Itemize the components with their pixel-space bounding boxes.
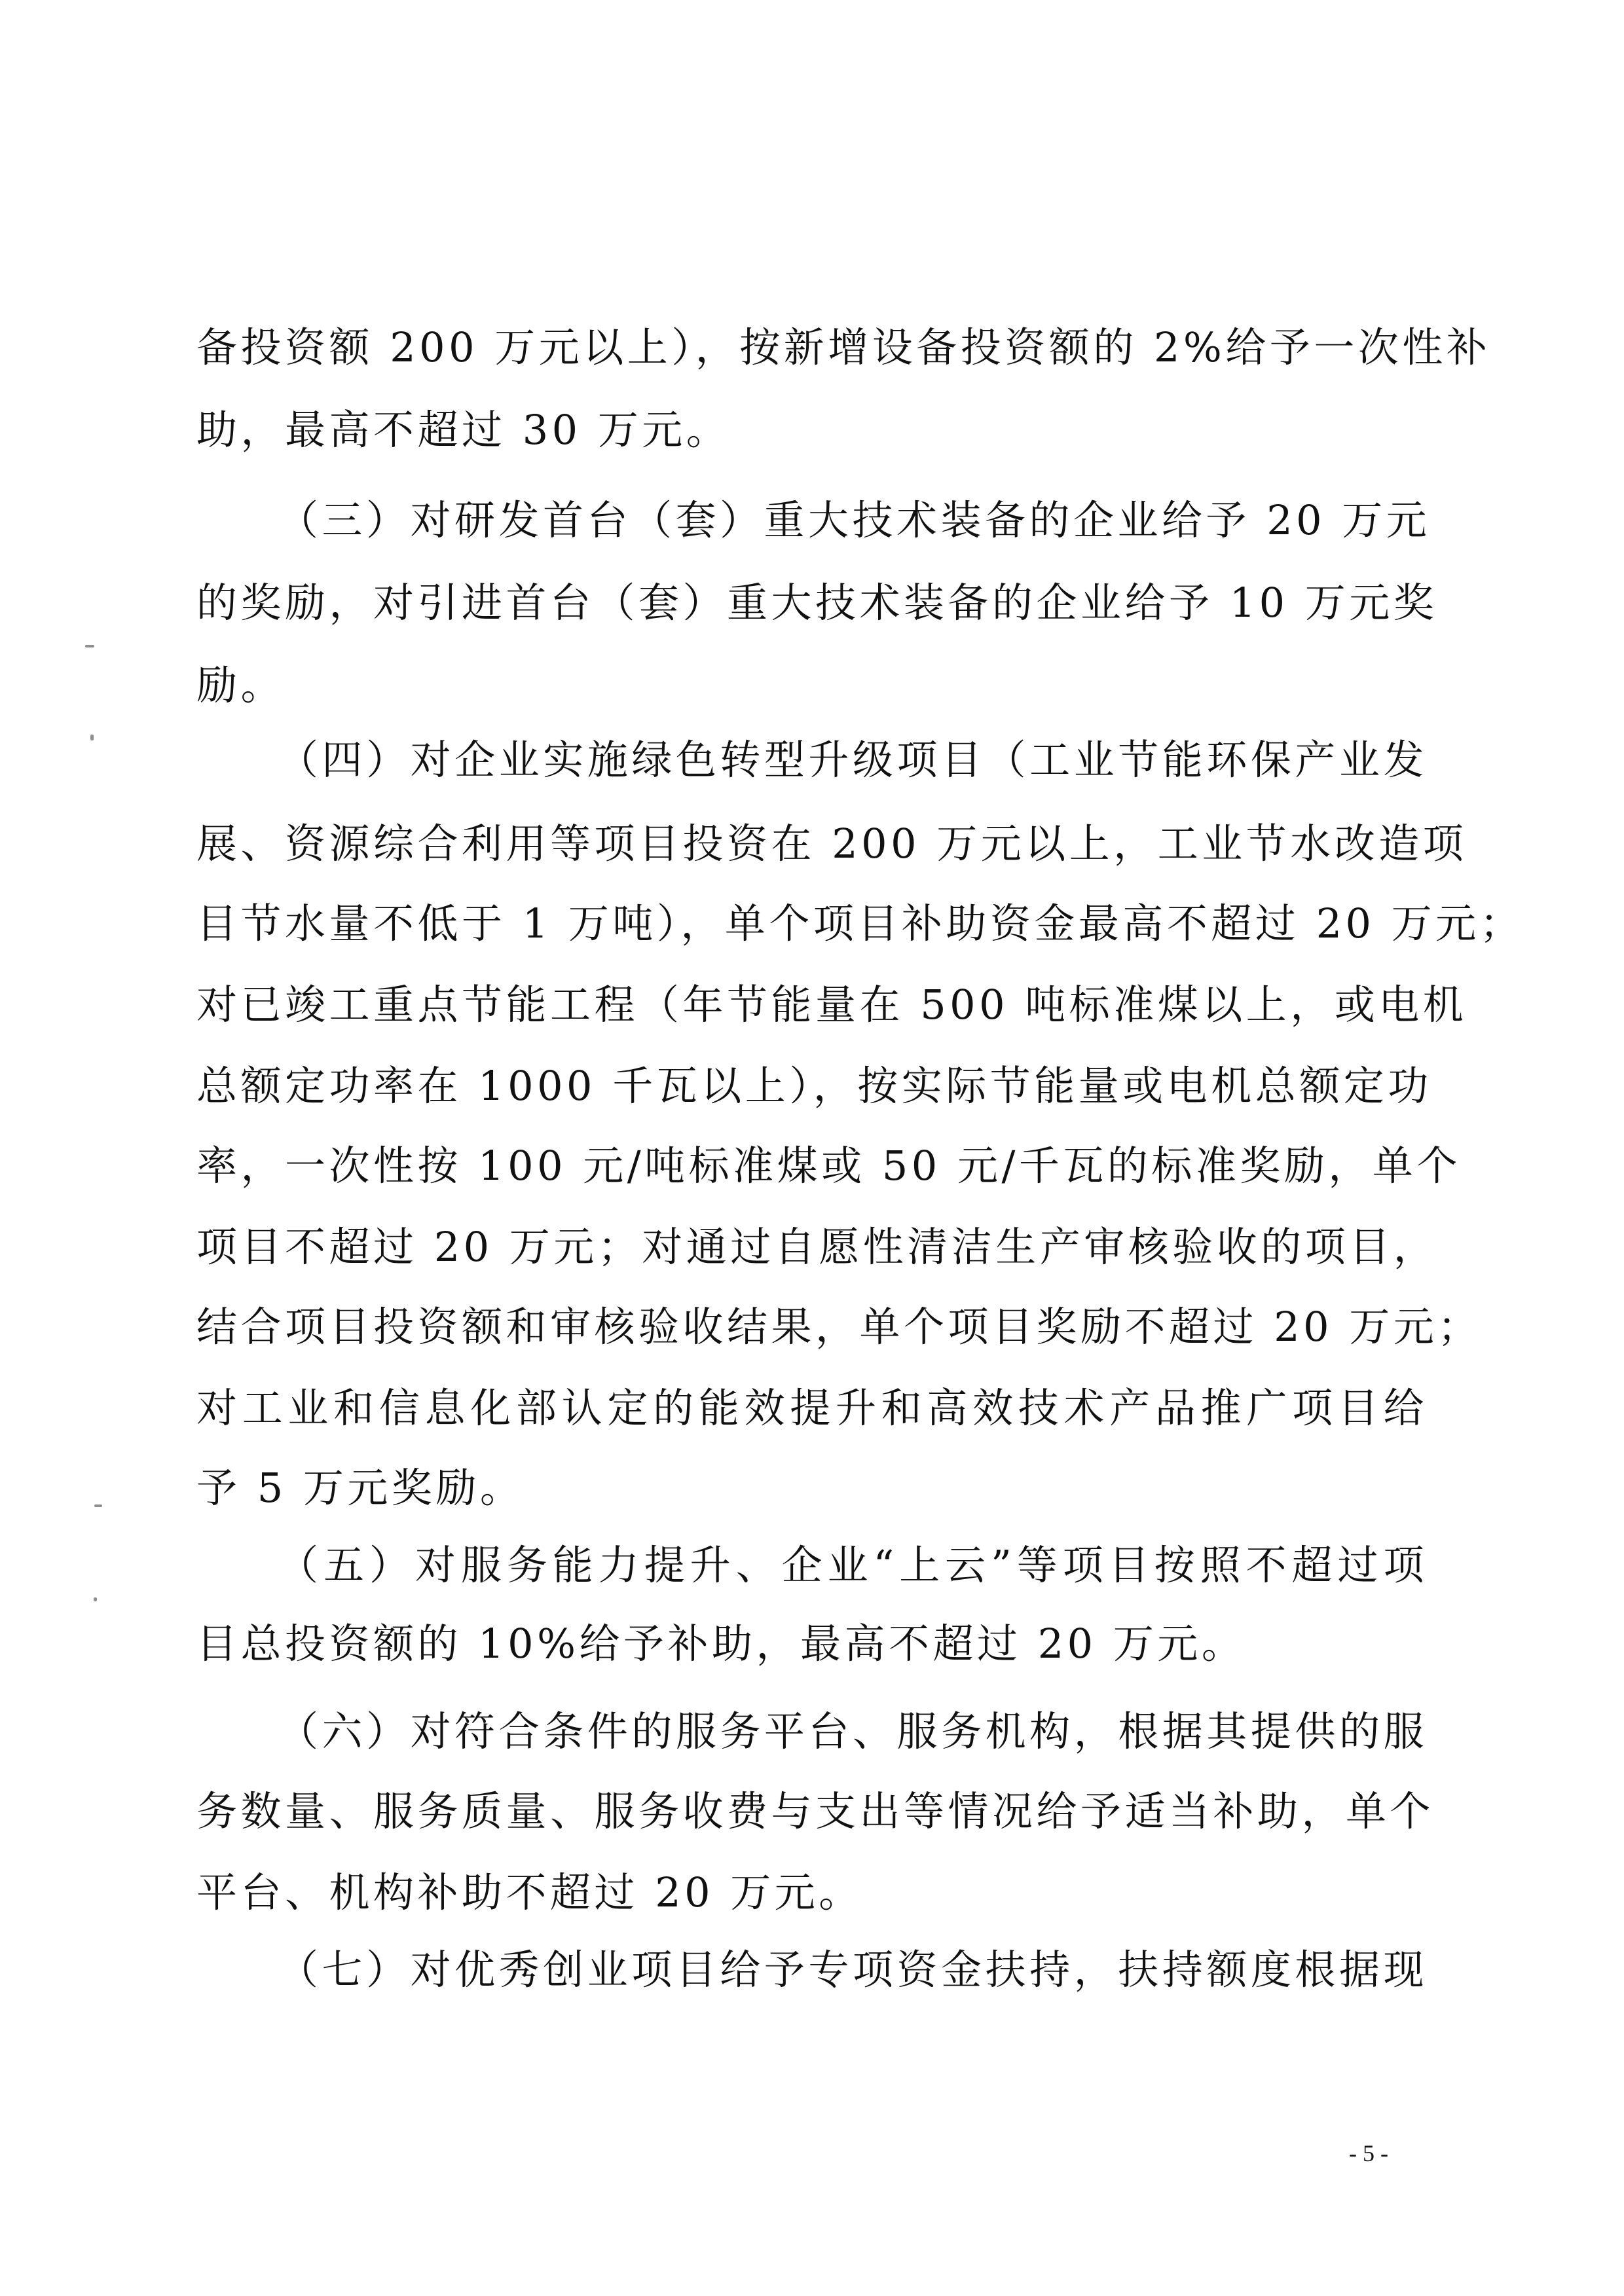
text-line: 助，最高不超过 30 万元。 [196,394,1428,466]
text-line: 的奖励，对引进首台（套）重大技术装备的企业给予 10 万元奖 [196,567,1428,639]
text-line: 对工业和信息化部认定的能效提升和高效技术产品推广项目给 [196,1372,1428,1444]
page-number: - 5 - [1349,2140,1388,2167]
text-line: 予 5 万元奖励。 [196,1452,1428,1524]
text-line: 备投资额 200 万元以上），按新增设备投资额的 2%给予一次性补 [196,312,1428,384]
scan-artifact [90,735,94,740]
paragraph-4-start: （四）对企业实施绿色转型升级项目（工业节能环保产业发 [278,724,1428,796]
text-line: 对已竣工重点节能工程（年节能量在 500 吨标准煤以上，或电机 [196,969,1428,1041]
text-line: 项目不超过 20 万元；对通过自愿性清洁生产审核验收的项目， [196,1211,1428,1283]
scan-artifact [94,1504,102,1507]
paragraph-5-start: （五）对服务能力提升、企业“上云”等项目按照不超过项 [278,1529,1428,1601]
document-page: 备投资额 200 万元以上），按新增设备投资额的 2%给予一次性补 助，最高不超… [0,0,1624,2296]
text-line: 务数量、服务质量、服务收费与支出等情况给予适当补助，单个 [196,1776,1428,1848]
paragraph-3-start: （三）对研发首台（套）重大技术装备的企业给予 20 万元 [278,484,1428,556]
text-line: 总额定功率在 1000 千瓦以上），按实际节能量或电机总额定功 [196,1050,1428,1122]
text-line: 目总投资额的 10%给予补助，最高不超过 20 万元。 [196,1608,1428,1680]
paragraph-7-start: （七）对优秀创业项目给予专项资金扶持，扶持额度根据现 [278,1934,1428,2006]
text-line: 率，一次性按 100 元/吨标准煤或 50 元/千瓦的标准奖励，单个 [196,1130,1428,1202]
text-line: 目节水量不低于 1 万吨），单个项目补助资金最高不超过 20 万元； [196,888,1428,960]
scan-artifact [85,645,94,647]
text-line: 平台、机构补助不超过 20 万元。 [196,1857,1428,1929]
scan-artifact [94,1597,97,1601]
text-line: 展、资源综合利用等项目投资在 200 万元以上，工业节水改造项 [196,808,1428,880]
text-line: 励。 [196,649,1428,721]
paragraph-6-start: （六）对符合条件的服务平台、服务机构，根据其提供的服 [278,1696,1428,1768]
text-line: 结合项目投资额和审核验收结果，单个项目奖励不超过 20 万元； [196,1291,1428,1363]
